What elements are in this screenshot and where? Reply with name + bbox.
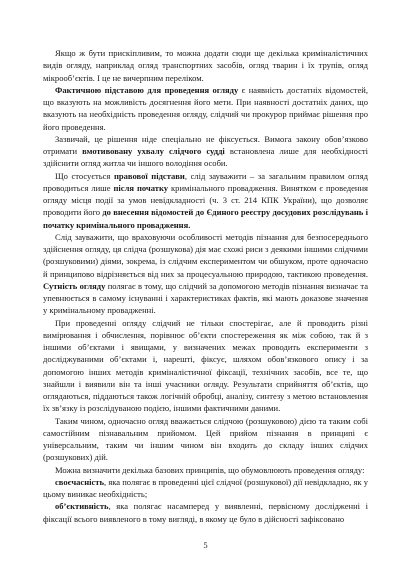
page-body: Якщо ж бути прискіпливим, то можна додат…: [43, 47, 368, 525]
paragraph-essence-of-inspection: Слід зауважити, що враховуючи особливост…: [43, 231, 368, 317]
text-segment: Таким чином, одночасно огляд вважається …: [43, 416, 368, 463]
bold-term-court-ruling: вмотивовану ухвалу слідчого судді: [82, 146, 225, 156]
text-segment: Якщо ж бути прискіпливим, то можна додат…: [43, 48, 368, 83]
bold-term-essence: Сутність огляду: [43, 281, 105, 291]
text-segment: При проведенні огляду слідчий не тільки …: [43, 318, 368, 414]
paragraph-other-inspection-types: Якщо ж бути прискіпливим, то можна додат…: [43, 47, 368, 84]
text-segment: Що стосується: [55, 171, 114, 181]
paragraph-factual-basis: Фактичною підставою для проведення огляд…: [43, 84, 368, 133]
bold-term-after-start: після початку: [114, 183, 169, 193]
paragraph-principle-timeliness: своєчасність, яка полягає в проведенні ц…: [43, 476, 368, 501]
paragraph-legal-basis: Що стосується правової підстави, слід за…: [43, 170, 368, 231]
paragraph-investigator-actions: При проведенні огляду слідчий не тільки …: [43, 317, 368, 415]
paragraph-principle-objectivity: об’єктивність, яка полягає насамперед у …: [43, 500, 368, 525]
document-page: Якщо ж бути прискіпливим, то можна додат…: [0, 0, 411, 580]
bold-term-legal-basis: правової підстави: [114, 171, 185, 181]
bold-term-objectivity: об’єктивність: [55, 501, 109, 511]
text-segment: Слід зауважити, що враховуючи особливост…: [43, 232, 368, 279]
text-segment: Можна визначити декілька базових принцип…: [55, 465, 364, 475]
paragraph-universal-technique: Таким чином, одночасно огляд вважається …: [43, 415, 368, 464]
paragraph-decision-not-recorded: Зазвичай, це рішення ніде спеціально не …: [43, 133, 368, 170]
bold-term-timeliness: своєчасність: [55, 477, 104, 487]
page-number: 5: [0, 540, 411, 550]
paragraph-basic-principles-intro: Можна визначити декілька базових принцип…: [43, 464, 368, 476]
bold-term-factual-basis: Фактичною підставою для проведення огляд…: [55, 85, 238, 95]
